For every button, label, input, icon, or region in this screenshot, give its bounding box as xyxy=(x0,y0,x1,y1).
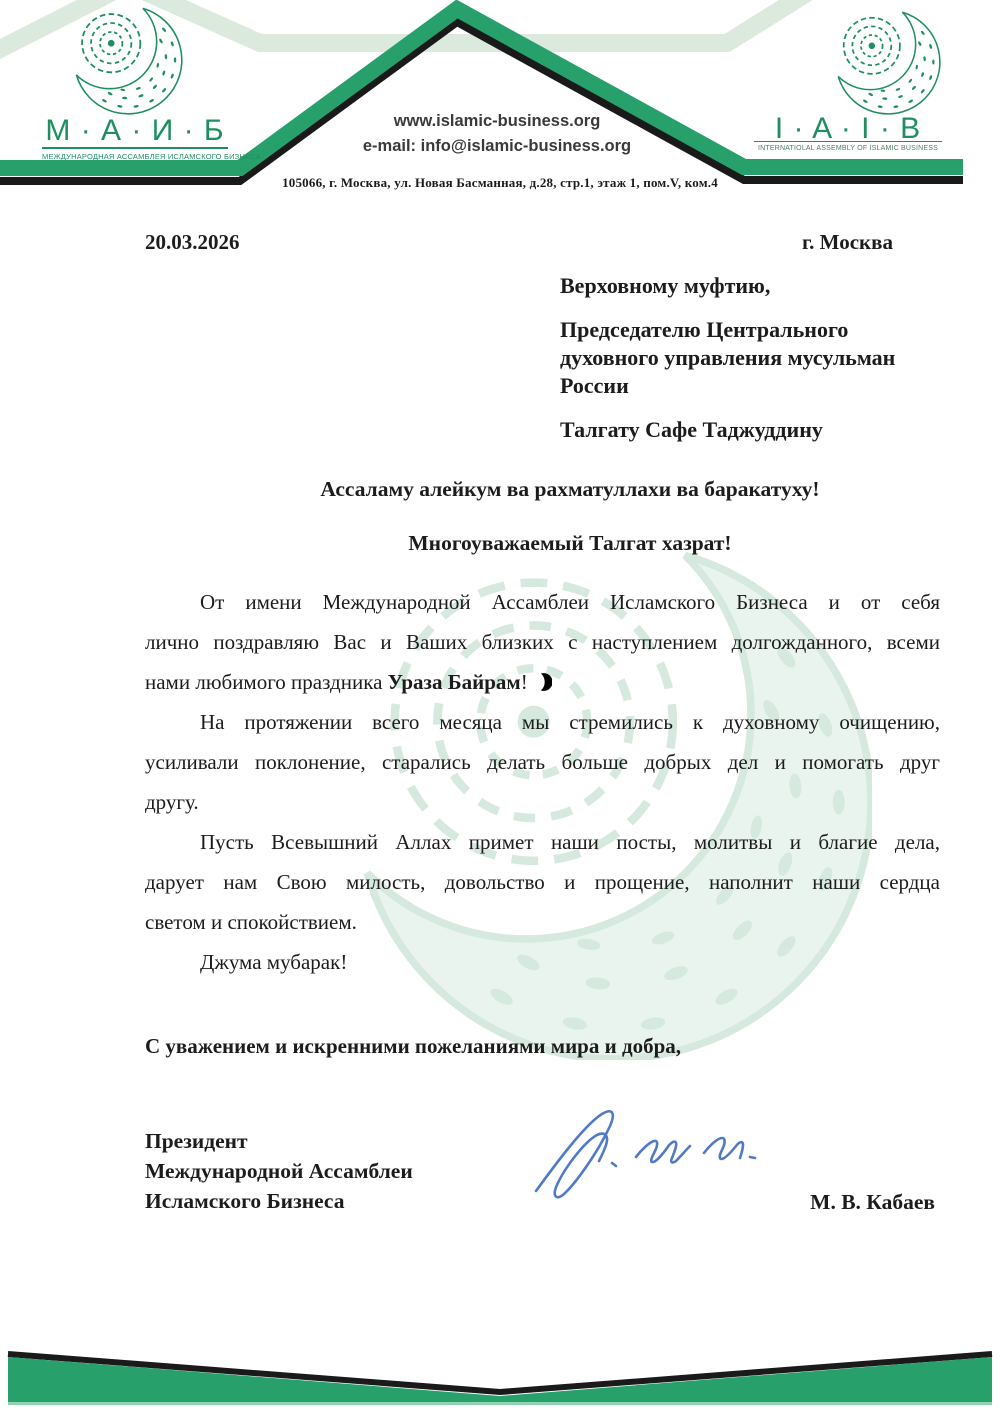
letter-date: 20.03.2026 xyxy=(145,230,240,255)
letter-page: { "header": { "maib": { "letters": "М · … xyxy=(0,0,1000,1415)
body-line: нами любимого праздника Ураза Байрам! xyxy=(145,662,940,702)
recipient-line: Председателю Центрального xyxy=(560,316,960,344)
header-ribbon-graphic xyxy=(0,0,1000,200)
date-row: 20.03.2026 г. Москва xyxy=(145,230,893,255)
header-website: www.islamic-business.org xyxy=(297,112,697,131)
recipient-block: Верховному муфтию, Председателю Централь… xyxy=(560,272,960,444)
body-line: дарует нам Свою милость, довольство и пр… xyxy=(145,862,940,902)
body-line: лично поздравляю Вас и Ваших близких с н… xyxy=(145,622,940,662)
body-line: усиливали поклонение, старались делать б… xyxy=(145,742,940,782)
iaib-crescent-icon xyxy=(838,12,940,114)
body-text-segment: ! xyxy=(521,670,528,694)
maib-crescent-icon xyxy=(76,8,181,113)
header-address: 105066, г. Москва, ул. Новая Басманная, … xyxy=(280,175,720,191)
letter-body: От имени Международной Ассамблеи Исламск… xyxy=(145,582,940,982)
signer-title-line: Исламского Бизнеса xyxy=(145,1186,413,1216)
recipient-line: Верховному муфтию, xyxy=(560,272,960,300)
maib-logo-caption: МЕЖДУНАРОДНАЯ АССАМБЛЕЯ ИСЛАМСКОГО БИЗНЕ… xyxy=(42,147,228,161)
footer-ribbon-graphic xyxy=(0,1345,1000,1415)
body-text-segment: нами любимого праздника xyxy=(145,670,388,694)
signer-name: М. В. Кабаев xyxy=(810,1190,935,1215)
signature-scribble xyxy=(500,1095,800,1215)
letter-city: г. Москва xyxy=(802,230,893,255)
body-line: От имени Международной Ассамблеи Исламск… xyxy=(145,582,940,622)
maib-logo-letters: М · А · И · Б xyxy=(40,114,230,148)
holiday-name: Ураза Байрам xyxy=(388,670,521,694)
signer-title-line: Международной Ассамблеи xyxy=(145,1156,413,1186)
body-line: Джума мубарак! xyxy=(145,942,940,982)
footer-light-strip xyxy=(8,1402,992,1405)
greeting-salam: Ассаламу алейкум ва рахматуллахи ва бара… xyxy=(145,477,940,502)
body-line: На протяжении всего месяца мы стремились… xyxy=(145,702,940,742)
recipient-line: духовного управления мусульман xyxy=(560,344,960,372)
closing-regards: С уважением и искренними пожеланиями мир… xyxy=(145,1034,681,1059)
body-line: Пусть Всевышний Аллах примет наши посты,… xyxy=(145,822,940,862)
body-line: светом и спокойствием. xyxy=(145,902,940,942)
crescent-moon-icon xyxy=(535,665,552,705)
signer-title-block: Президент Международной Ассамблеи Исламс… xyxy=(145,1126,413,1216)
greeting-dear: Многоуважаемый Талгат хазрат! xyxy=(145,531,940,556)
recipient-line: Талгату Сафе Таджуддину xyxy=(560,416,960,444)
header-email: e-mail: info@islamic-business.org xyxy=(297,137,697,156)
recipient-line: России xyxy=(560,372,960,400)
iaib-logo-caption: INTERNATIOLAL ASSEMBLY OF ISLAMIC BUSINE… xyxy=(754,141,942,152)
body-line: другу. xyxy=(145,782,940,822)
signer-title-line: Президент xyxy=(145,1126,413,1156)
